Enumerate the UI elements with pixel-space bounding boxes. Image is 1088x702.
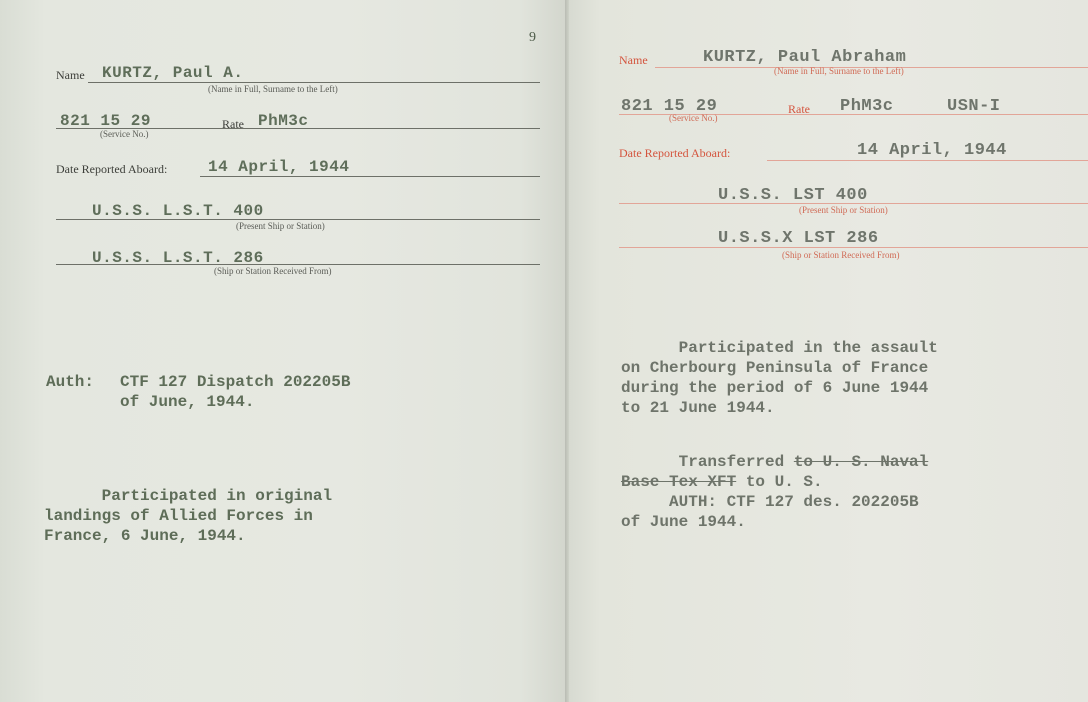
remarks: Participated in original landings of All… [44, 486, 332, 546]
auth-line: of June 1944. [621, 512, 928, 532]
received-from-value: U.S.S. L.S.T. 286 [92, 249, 264, 267]
auth-text: CTF 127 Dispatch 202205B of June, 1944. [120, 372, 350, 412]
remarks-line: on Cherbourg Peninsula of France [621, 358, 938, 378]
rate-value: PhM3c [258, 112, 309, 130]
service-no-value: 821 15 29 [60, 112, 151, 130]
received-from-caption: (Ship or Station Received From) [782, 250, 899, 260]
transfer-text: to U. S. [736, 473, 822, 491]
service-no-caption: (Service No.) [100, 129, 148, 139]
remarks-line: Participated in the assault [621, 338, 938, 358]
name-caption: (Name in Full, Surname to the Left) [774, 66, 904, 76]
auth-line: AUTH: CTF 127 des. 202205B [621, 492, 928, 512]
date-rule [767, 160, 1088, 161]
rate-label: Rate [222, 117, 244, 132]
rate-label: Rate [788, 102, 810, 117]
present-ship-caption: (Present Ship or Station) [799, 205, 888, 215]
remarks-line: landings of Allied Forces in [44, 506, 332, 526]
date-reported-value: 14 April, 1944 [208, 158, 349, 176]
rate-extra: USN-I [947, 97, 1001, 116]
struck-text: Base Tex XFT [621, 473, 736, 491]
page-number: 9 [529, 30, 536, 46]
transfer-line: Base Tex XFT to U. S. [621, 472, 928, 492]
left-service-card: 9 Name KURTZ, Paul A. (Name in Full, Sur… [0, 0, 565, 702]
date-reported-value: 14 April, 1944 [857, 141, 1007, 160]
name-value: KURTZ, Paul A. [102, 64, 243, 82]
received-from-caption: (Ship or Station Received From) [214, 266, 331, 276]
remarks-line: Participated in original [44, 486, 332, 506]
auth-line: of June, 1944. [120, 392, 350, 412]
name-rule [88, 82, 540, 83]
present-ship-value: U.S.S. L.S.T. 400 [92, 202, 264, 220]
struck-text: to U. S. Naval [794, 453, 928, 471]
name-label: Name [619, 53, 648, 68]
remarks-line: to 21 June 1944. [621, 398, 938, 418]
remarks-line: during the period of 6 June 1944 [621, 378, 938, 398]
transfer-note: Transferred to U. S. Naval Base Tex XFT … [621, 452, 928, 532]
auth-line: CTF 127 Dispatch 202205B [120, 372, 350, 392]
name-caption: (Name in Full, Surname to the Left) [208, 84, 338, 94]
date-reported-label: Date Reported Aboard: [56, 162, 167, 177]
service-no-caption: (Service No.) [669, 113, 717, 123]
remarks: Participated in the assault on Cherbourg… [621, 338, 938, 418]
rate-value: PhM3c [840, 97, 894, 116]
name-label: Name [56, 68, 85, 83]
present-ship-value: U.S.S. LST 400 [718, 186, 868, 205]
right-service-card: Name KURTZ, Paul Abraham (Name in Full, … [569, 0, 1088, 702]
name-value: KURTZ, Paul Abraham [703, 48, 906, 67]
remarks-line: France, 6 June, 1944. [44, 526, 332, 546]
transfer-text: Transferred [621, 453, 794, 471]
date-rule [200, 176, 540, 177]
auth-label: Auth: [46, 372, 94, 392]
date-reported-label: Date Reported Aboard: [619, 146, 730, 161]
present-ship-caption: (Present Ship or Station) [236, 221, 325, 231]
transfer-line: Transferred to U. S. Naval [621, 452, 928, 472]
received-from-value: U.S.S.X LST 286 [718, 229, 879, 248]
